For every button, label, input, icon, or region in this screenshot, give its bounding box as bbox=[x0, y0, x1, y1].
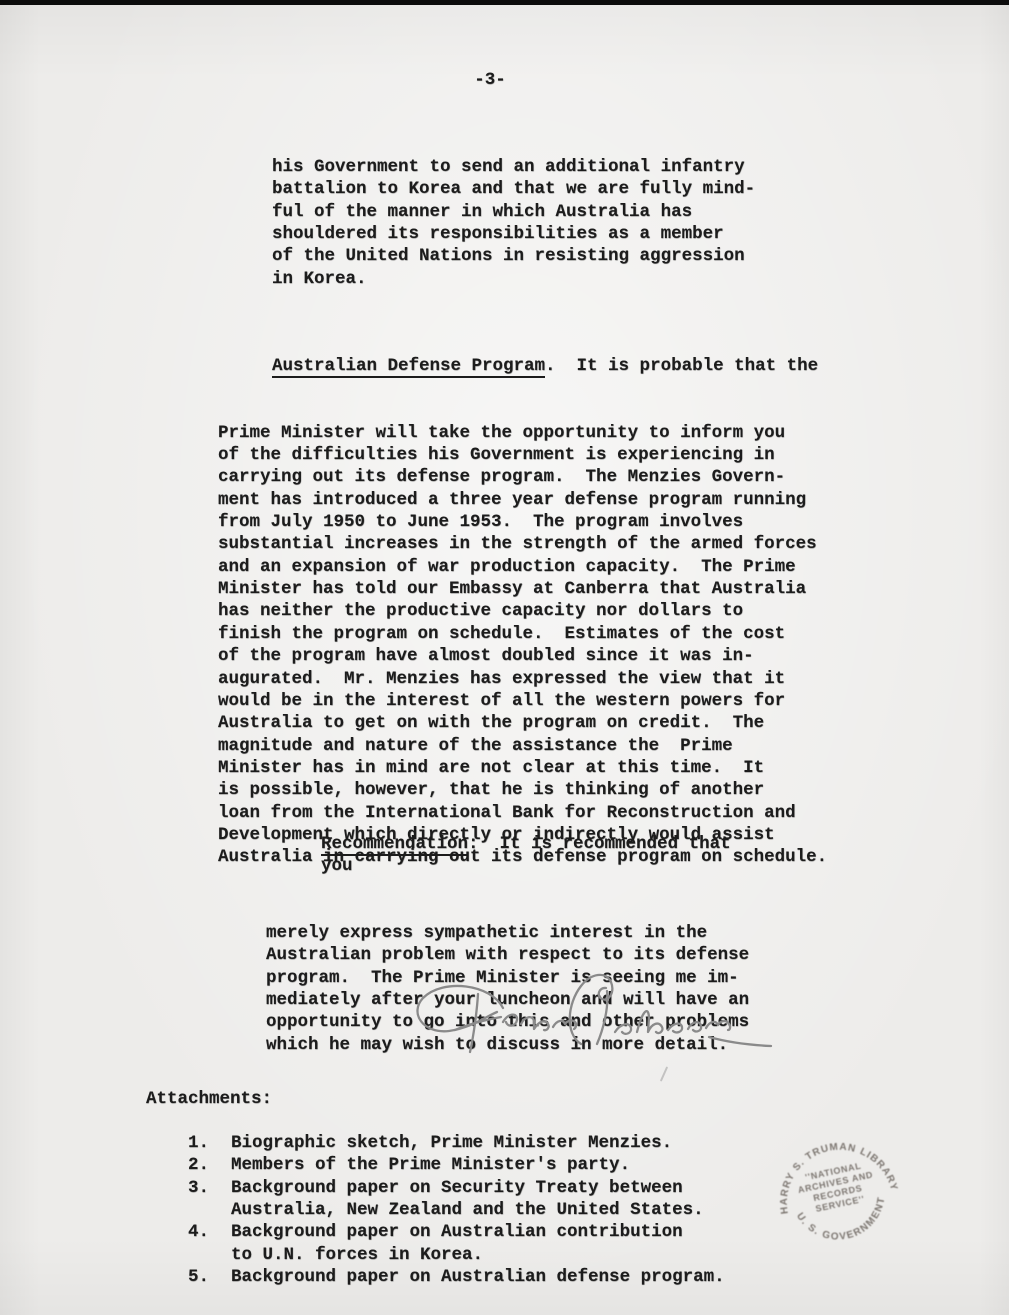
signature-dean-acheson bbox=[403, 960, 783, 1078]
attachment-text: Background paper on Australian contribut… bbox=[231, 1221, 683, 1266]
attachments-label: Attachments: bbox=[146, 1088, 272, 1110]
defense-heading-line: Australian Defense Program. It is probab… bbox=[272, 355, 858, 377]
attachment-text: Members of the Prime Minister's party. bbox=[231, 1154, 630, 1176]
attachments-list: 1. Biographic sketch, Prime Minister Men… bbox=[188, 1132, 828, 1288]
scan-edge-artifact bbox=[0, 0, 1009, 5]
attachment-number: 5. bbox=[188, 1266, 231, 1288]
attachment-item: 2. Members of the Prime Minister's party… bbox=[188, 1154, 828, 1176]
attachment-number: 1. bbox=[188, 1132, 231, 1154]
attachment-item: 3. Background paper on Security Treaty b… bbox=[188, 1177, 828, 1222]
attachment-text: Background paper on Security Treaty betw… bbox=[231, 1177, 704, 1222]
attachment-number: 3. bbox=[188, 1177, 231, 1199]
attachment-item: 1. Biographic sketch, Prime Minister Men… bbox=[188, 1132, 828, 1154]
attachment-number: 4. bbox=[188, 1221, 231, 1243]
defense-heading-suffix: . It is probable that the bbox=[545, 356, 818, 376]
defense-heading-underlined: Australian Defense Program bbox=[272, 356, 545, 378]
recommendation-heading-line: Recommendation: It is recommended that y… bbox=[321, 833, 766, 878]
attachment-number: 2. bbox=[188, 1154, 231, 1176]
scanned-memo-page: -3- his Government to send an additional… bbox=[0, 0, 1009, 1315]
attachment-text: Background paper on Australian defense p… bbox=[231, 1266, 725, 1288]
page-number: -3- bbox=[0, 69, 980, 91]
recommendation-heading-underlined: Recommendation bbox=[321, 834, 468, 856]
attachment-text: Biographic sketch, Prime Minister Menzie… bbox=[231, 1132, 672, 1154]
archives-rubber-stamp: HARRY S. TRUMAN LIBRARY U. S. GOVERNMENT… bbox=[768, 1124, 908, 1264]
quoted-paragraph: his Government to send an additional inf… bbox=[272, 156, 792, 290]
attachment-item: 4. Background paper on Australian contri… bbox=[188, 1221, 828, 1266]
attachment-item: 5. Background paper on Australian defens… bbox=[188, 1266, 828, 1288]
